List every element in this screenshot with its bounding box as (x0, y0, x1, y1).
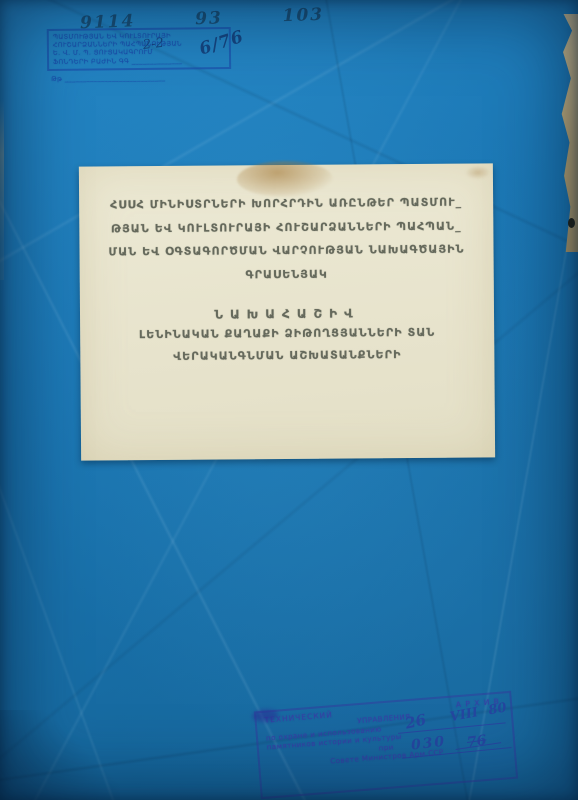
organization-title-line: ՄԱՆ ԵՎ ՕԳՏԱԳՈՐԾՄԱՆ ՎԱՐՉՈՒԹՅԱՆ ՆԱԽԱԳԾԱՅԻՆ (95, 238, 477, 264)
worn-left-edge (0, 100, 4, 280)
organization-title-line: ԹՅԱՆ ԵՎ ԿՈՒԼՏՈՒՐԱՅԻ ՀՈՒՇԱՐՁԱՆՆԵՐԻ ՊԱՀՊԱՆ… (95, 214, 477, 240)
label-stain-small (465, 165, 491, 179)
registry-stamp: ՊԱՏՄՈՒԹՅԱՆ ԵՎ ԿՈՒԼՏՈՒՐԱՅԻ ՀՈՒՇԱՐՁԱՆՆԵՐԻ … (47, 27, 232, 83)
handwritten-number-struck: 76 (466, 732, 487, 750)
edge-dark-speck (568, 218, 575, 228)
document-subject-line: ՎԵՐԱԿԱՆԳՆՄԱՆ ԱՇԽԱՏԱՆՔՆԵՐԻ (80, 343, 494, 368)
worn-right-edge (561, 14, 578, 252)
registry-stamp-line: ՖՈՆԴԵՐԻ ԲԱԺԻՆ ԳԳ ______________ (53, 56, 225, 66)
title-label: ՀՍՍՀ ՄԻՆԻՍՏՐՆԵՐԻ ԽՈՐՀՐԴԻՆ ԱՌԸՆԹԵՐ ՊԱՏՄՈՒ… (79, 163, 495, 460)
folder-cover: 9114 93 103 ՊԱՏՄՈՒԹՅԱՆ ԵՎ ԿՈՒԼՏՈՒՐԱՅԻ ՀՈ… (0, 0, 578, 800)
organization-title: ՀՍՍՀ ՄԻՆԻՍՏՐՆԵՐԻ ԽՈՐՀՐԴԻՆ ԱՌԸՆԹԵՐ ՊԱՏՄՈՒ… (79, 190, 494, 287)
registry-stamp-tail-line: Թթ ____________________________ (51, 73, 231, 83)
document-type-heading: ՆԱԽԱՀԱՇԻՎ (80, 305, 494, 322)
archive-intake-stamp: ТЕХНИЧЕСКИЙ А Р Х И В УПРАВЛЕНИЯ по охра… (254, 691, 518, 799)
document-subject: ԼԵՆԻՆԱԿԱՆ ՔԱՂԱՔԻ ՁԻԹՈՂՑՅԱՆՆԵՐԻ ՏԱՆ ՎԵՐԱԿ… (80, 321, 494, 368)
corner-fold-shadow (0, 710, 120, 800)
document-subject-line: ԼԵՆԻՆԱԿԱՆ ՔԱՂԱՔԻ ՁԻԹՈՂՑՅԱՆՆԵՐԻ ՏԱՆ (80, 321, 494, 346)
handwritten-mark: 2-2 (142, 36, 165, 53)
organization-title-line: ԳՐԱՍԵՆՅԱԿ (96, 261, 478, 287)
